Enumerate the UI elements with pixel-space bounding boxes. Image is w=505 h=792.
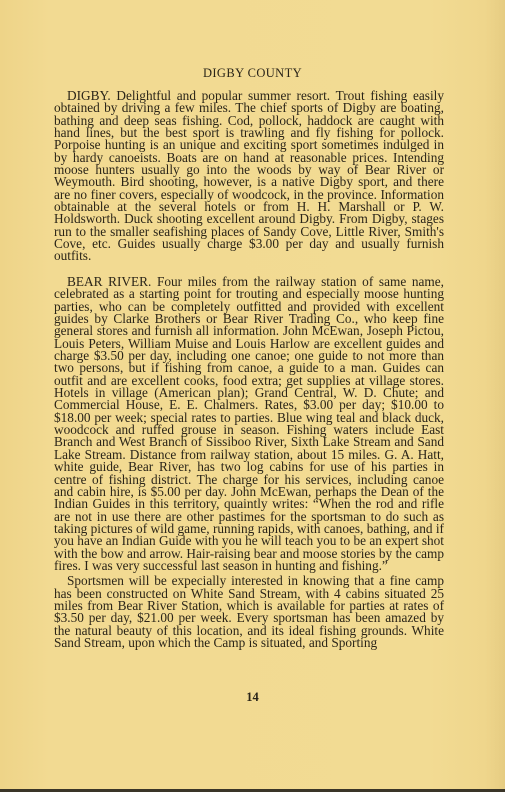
page-heading: DIGBY COUNTY <box>0 66 505 81</box>
book-page: DIGBY COUNTY DIGBY. Delightful and popul… <box>0 0 505 792</box>
paragraph-digby: DIGBY. Delightful and popular summer res… <box>54 90 444 263</box>
section-digby: DIGBY. Delightful and popular summer res… <box>54 90 444 263</box>
page-number: 14 <box>0 690 505 705</box>
paragraph-white-sand-camp: Sportsmen will be expecially interested … <box>54 575 444 649</box>
paragraph-bear-river: BEAR RIVER. Four miles from the railway … <box>54 276 444 572</box>
section-bear-river: BEAR RIVER. Four miles from the railway … <box>54 276 444 649</box>
